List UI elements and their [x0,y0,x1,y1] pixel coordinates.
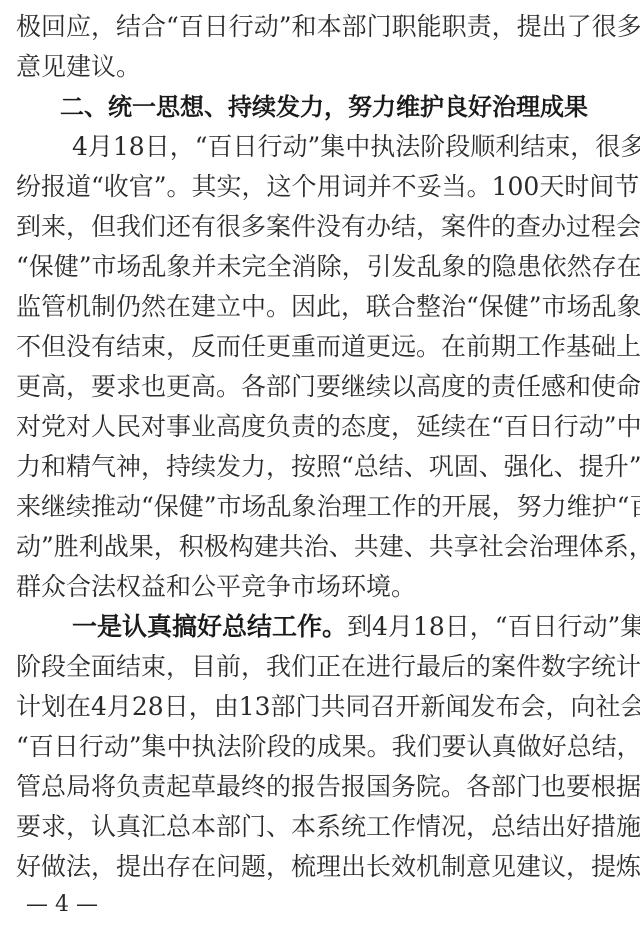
paragraph-line: “百日行动”集中执法阶段的成果。我们要认真做好总结，市场监 [16,727,614,767]
section-heading: 二、统一思想、持续发力，努力维护良好治理成果 [16,87,614,127]
paragraph-line: 要求，认真汇总本部门、本系统工作情况，总结出好措施、好经验、 [16,807,614,847]
paragraph-line: 对党对人民对事业高度负责的态度，延续在“百日行动”中的战斗 [16,407,614,447]
body-text: 极回应，结合“百日行动”和本部门职能职责，提出了很多很好的 意见建议。 二、统一… [16,7,614,887]
document-page: 极回应，结合“百日行动”和本部门职能职责，提出了很多很好的 意见建议。 二、统一… [0,0,640,950]
paragraph-line: 监管机制仍然在建立中。因此，联合整治“保健”市场乱象的任务 [16,287,614,327]
paragraph-line: 到来，但我们还有很多案件没有办结，案件的查办过程会持续， [16,207,614,247]
paragraph-line: 不但没有结束，反而任更重而道更远。在前期工作基础上，起点 [16,327,614,367]
paragraph-line-text: 到4月18日，“百日行动”集中执法 [347,612,640,641]
paragraph-line: 极回应，结合“百日行动”和本部门职能职责，提出了很多很好的 [16,7,614,47]
paragraph-line: 一是认真搞好总结工作。到4月18日，“百日行动”集中执法 [16,607,614,647]
paragraph-line: 力和精气神，持续发力，按照“总结、巩固、强化、提升”这八字方针 [16,447,614,487]
bold-lead-phrase: 一是认真搞好总结工作。 [72,612,347,641]
paragraph-line: 计划在4月28日，由13部门共同召开新闻发布会，向社会通报 [16,687,614,727]
paragraph-line: 阶段全面结束，目前，我们正在进行最后的案件数字统计和梳理， [16,647,614,687]
paragraph-line: 纷报道“收官”。其实，这个用词并不妥当。100天时间节点虽然 [16,167,614,207]
paragraph-line: 动”胜利战果，积极构建共治、共建、共享社会治理体系，维护人民 [16,527,614,567]
paragraph-line: “保健”市场乱象并未完全消除，引发乱象的隐患依然存在，长效 [16,247,614,287]
paragraph-line: 更高，要求也更高。各部门要继续以高度的责任感和使命感，以 [16,367,614,407]
paragraph-line: 群众合法权益和公平竞争市场环境。 [16,567,614,607]
paragraph-line: 意见建议。 [16,47,614,87]
paragraph-line: 来继续推动“保健”市场乱象治理工作的开展，努力维护“百日行 [16,487,614,527]
paragraph-line: 管总局将负责起草最终的报告报国务院。各部门也要根据方案 [16,767,614,807]
page-number: — 4 — [26,890,98,920]
paragraph-line: 4月18日，“百日行动”集中执法阶段顺利结束，很多媒体纷 [16,127,614,167]
paragraph-line: 好做法，提出存在问题，梳理出长效机制意见建议，提炼出有效监 [16,847,614,887]
